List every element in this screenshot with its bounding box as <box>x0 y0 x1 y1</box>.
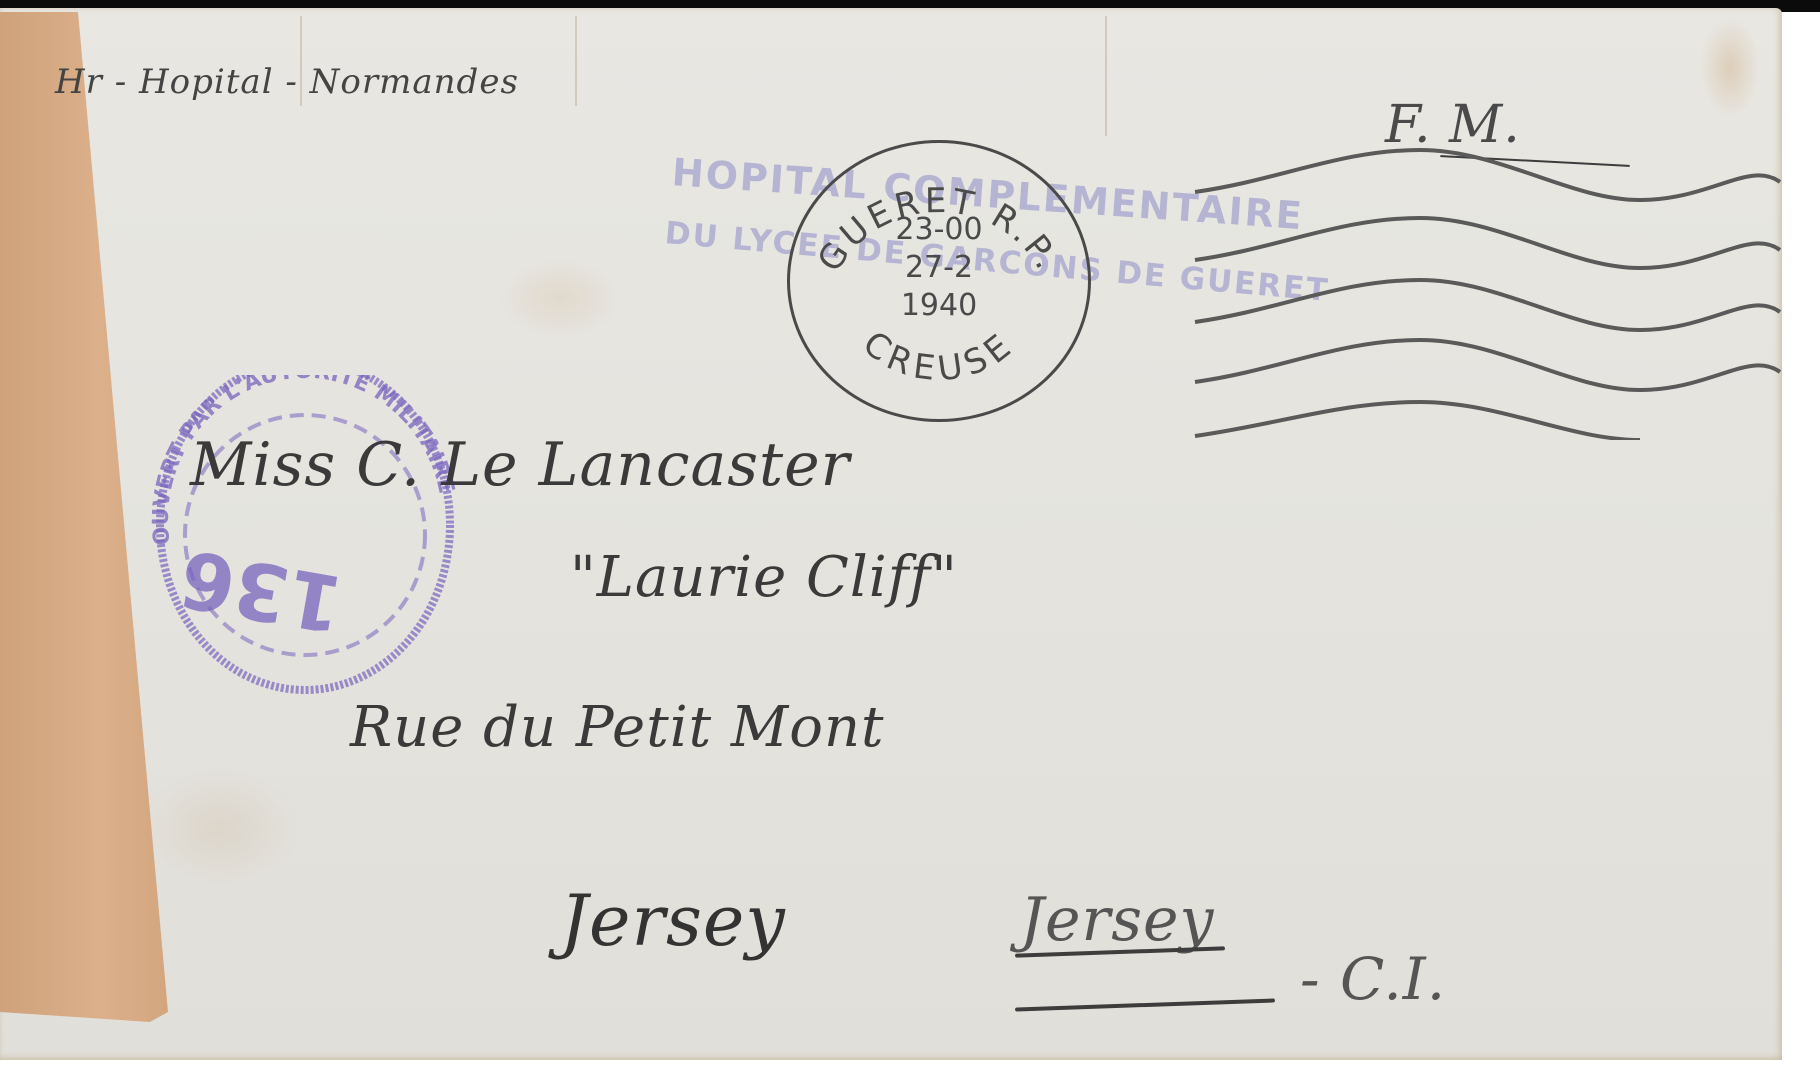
paper-crease <box>575 16 577 106</box>
address-line-6: - C.I. <box>1300 945 1446 1013</box>
postmark-time: 23-00 <box>790 213 1088 247</box>
circular-postmark: GUERET R.P. CREUSE 23-00 27-2 1940 <box>787 140 1091 422</box>
address-line-4: Jersey <box>560 880 786 962</box>
address-line-5: Jersey <box>1020 885 1214 955</box>
paper-crease <box>1105 16 1107 136</box>
postmark-year: 1940 <box>790 289 1088 323</box>
svg-text:CREUSE: CREUSE <box>855 323 1023 389</box>
postmark-date: 27-2 <box>790 251 1088 285</box>
wavy-cancellation-lines <box>1190 140 1790 440</box>
address-line-3: Rue du Petit Mont <box>350 695 885 760</box>
sender-line: Hr - Hopital - Normandes <box>55 62 519 102</box>
address-line-1: Miss C. Le Lancaster <box>190 430 850 500</box>
address-line-2: "Laurie Cliff" <box>570 545 958 610</box>
military-censor-stamp: OUVERT PAR L'AUTORITE MILITAIRE 136 <box>140 375 460 705</box>
